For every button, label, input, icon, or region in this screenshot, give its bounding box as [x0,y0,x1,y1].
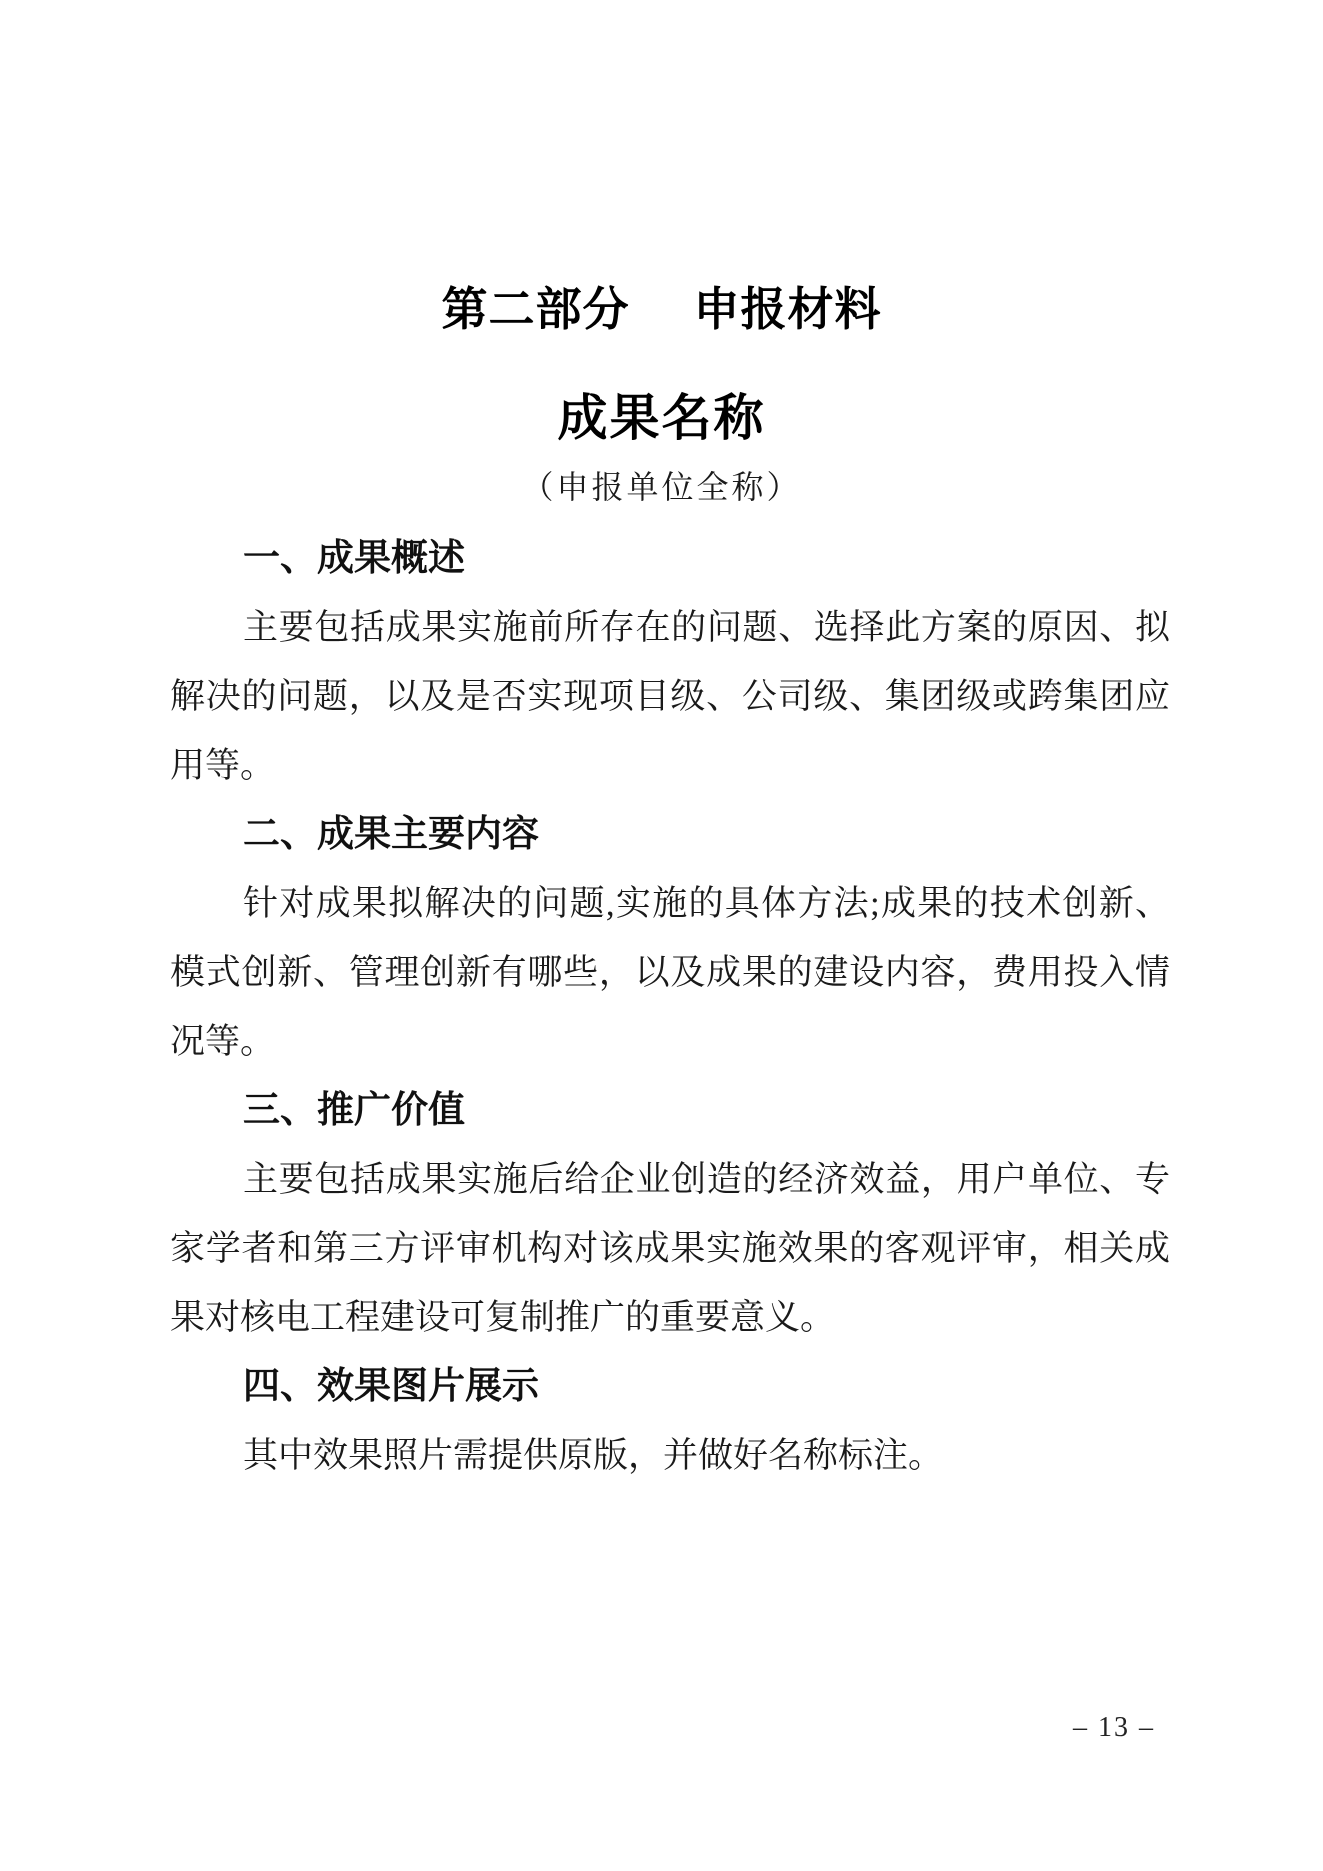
achievement-name-title: 成果名称 [0,388,1323,448]
page-number: – 13 – [1073,1712,1155,1744]
section-heading: 三、推广价值 [170,1076,1170,1145]
part-title: 第二部分 申报材料 [0,282,1323,337]
body-line: 模式创新、管理创新有哪些，以及成果的建设内容，费用投入情 [170,938,1170,1007]
document-page: 第二部分 申报材料 成果名称 （申报单位全称） 一、成果概述主要包括成果实施前所… [0,0,1323,1871]
body-line: 其中效果照片需提供原版，并做好名称标注。 [170,1421,1170,1490]
body-line: 针对成果拟解决的问题,实施的具体方法;成果的技术创新、 [170,869,1170,938]
body-line: 用等。 [170,731,1170,800]
section-heading: 一、成果概述 [170,524,1170,593]
section-heading: 二、成果主要内容 [170,800,1170,869]
body-line: 主要包括成果实施后给企业创造的经济效益，用户单位、专 [170,1145,1170,1214]
part-title-right: 申报材料 [694,282,882,337]
body-line: 主要包括成果实施前所存在的问题、选择此方案的原因、拟 [170,593,1170,662]
body-line: 果对核电工程建设可复制推广的重要意义。 [170,1283,1170,1352]
applicant-unit-note: （申报单位全称） [0,462,1323,508]
part-title-left: 第二部分 [442,282,630,337]
body-line: 况等。 [170,1007,1170,1076]
body-line: 解决的问题，以及是否实现项目级、公司级、集团级或跨集团应 [170,662,1170,731]
document-body: 一、成果概述主要包括成果实施前所存在的问题、选择此方案的原因、拟解决的问题，以及… [170,524,1170,1490]
body-line: 家学者和第三方评审机构对该成果实施效果的客观评审，相关成 [170,1214,1170,1283]
section-heading: 四、效果图片展示 [170,1352,1170,1421]
